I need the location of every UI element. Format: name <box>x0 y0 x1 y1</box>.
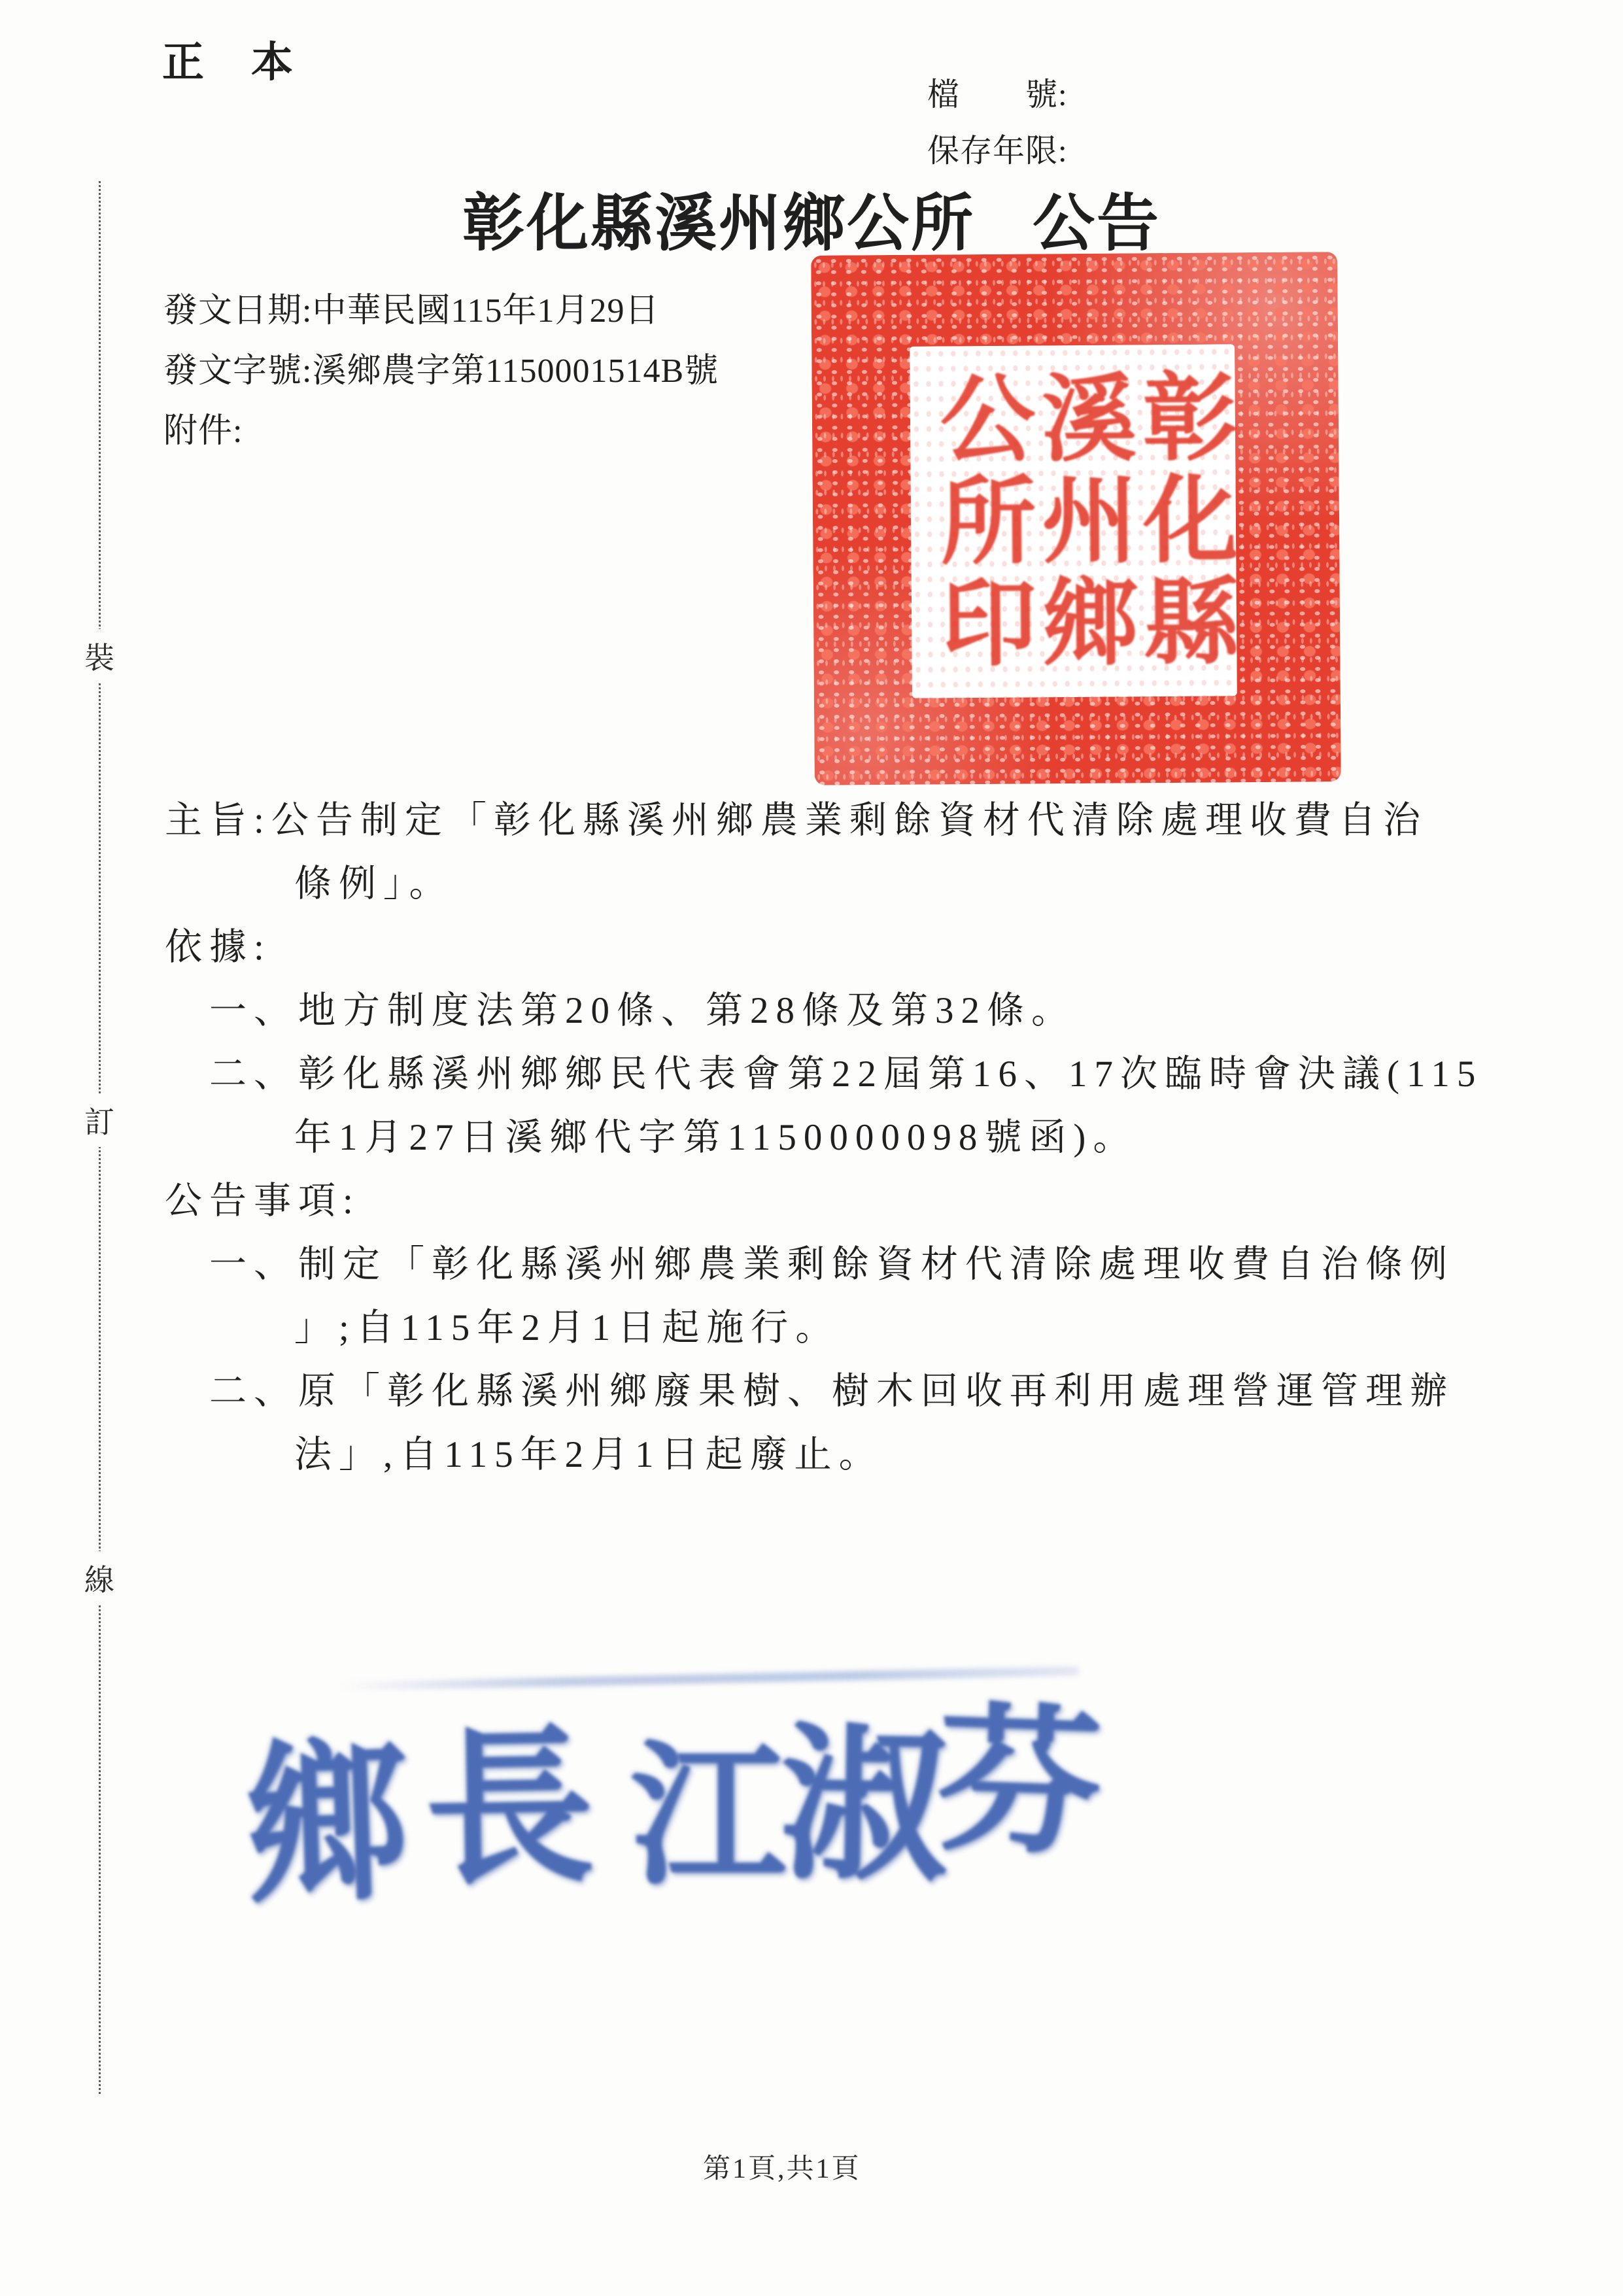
binding-mark-ding: 訂 <box>82 1093 116 1147</box>
signature-char: 淑 <box>779 1670 949 1913</box>
binding-mark-zhuang: 裝 <box>82 629 116 683</box>
page-number-footer: 第1頁,共1頁 <box>703 2147 861 2186</box>
body-line: 一、地方制度法第20條、第28條及第32條。 <box>165 979 1479 1042</box>
body-line: 二、原「彰化縣溪州鄉廢果樹、樹木回收再利用處理營運管理辦 <box>165 1360 1479 1423</box>
issue-date-label: 發文日期: <box>163 292 312 330</box>
signature-char: 芬 <box>934 1653 1106 1885</box>
body-line: 」;自115年2月1日起施行。 <box>165 1296 1479 1360</box>
body-line: 法」,自115年2月1日起廢止。 <box>165 1423 1479 1486</box>
file-number-label: 檔 號: <box>927 67 1068 123</box>
announcement-document-page: 正 本 檔 號: 保存年限: 彰化縣溪州鄉公所公告 發文日期:中華民國115年1… <box>0 0 1623 2296</box>
body-line: 公告事項: <box>165 1169 1479 1233</box>
signature-char: 江 <box>630 1691 786 1915</box>
mayor-signature-stamp: 鄉 長 江 淑 芬 <box>243 1653 1113 1876</box>
official-red-seal: 彰化縣溪州鄉公所印 <box>811 252 1341 785</box>
body-line: 年1月27日溪鄉代字第1150000098號函)。 <box>165 1106 1479 1169</box>
body-line: 條例」。 <box>165 852 1479 916</box>
retention-period-label: 保存年限: <box>927 123 1068 179</box>
body-line: 二、彰化縣溪州鄉鄉民代表會第22屆第16、17次臨時會決議(115 <box>165 1042 1479 1106</box>
issue-date-line: 發文日期:中華民國115年1月29日 <box>163 281 719 341</box>
document-title: 彰化縣溪州鄉公所公告 <box>0 174 1623 263</box>
seal-script-text: 彰化縣溪州鄉公所印 <box>914 351 1233 691</box>
issuing-office-name: 彰化縣溪州鄉公所 <box>462 189 975 258</box>
attachment-line: 附件: <box>163 402 719 462</box>
issue-number-line: 發文字號:溪鄉農字第1150001514B號 <box>163 341 719 402</box>
issue-number-label: 發文字號: <box>163 352 312 390</box>
copy-type-label: 正 本 <box>162 29 296 89</box>
body-line: 依據: <box>165 916 1479 979</box>
attachment-label: 附件: <box>163 413 243 450</box>
signature-char: 鄉 <box>242 1682 412 1936</box>
archive-info-block: 檔 號: 保存年限: <box>927 67 1068 179</box>
announcement-body: 主旨:公告制定「彰化縣溪州鄉農業剩餘資材代清除處理收費自治 條例」。 依據: 一… <box>165 789 1479 1486</box>
body-line: 主旨:公告制定「彰化縣溪州鄉農業剩餘資材代清除處理收費自治 <box>165 789 1479 852</box>
document-type-label: 公告 <box>1033 189 1161 258</box>
binding-mark-xian: 線 <box>82 1551 116 1605</box>
issue-number-value: 溪鄉農字第1150001514B號 <box>312 352 719 390</box>
signature-char: 長 <box>423 1671 596 1917</box>
seal-inner-face: 彰化縣溪州鄉公所印 <box>910 344 1237 698</box>
document-meta-block: 發文日期:中華民國115年1月29日 發文字號:溪鄉農字第1150001514B… <box>163 281 719 462</box>
issue-date-value: 中華民國115年1月29日 <box>312 292 659 330</box>
body-line: 一、制定「彰化縣溪州鄉農業剩餘資材代清除處理收費自治條例 <box>165 1233 1479 1296</box>
